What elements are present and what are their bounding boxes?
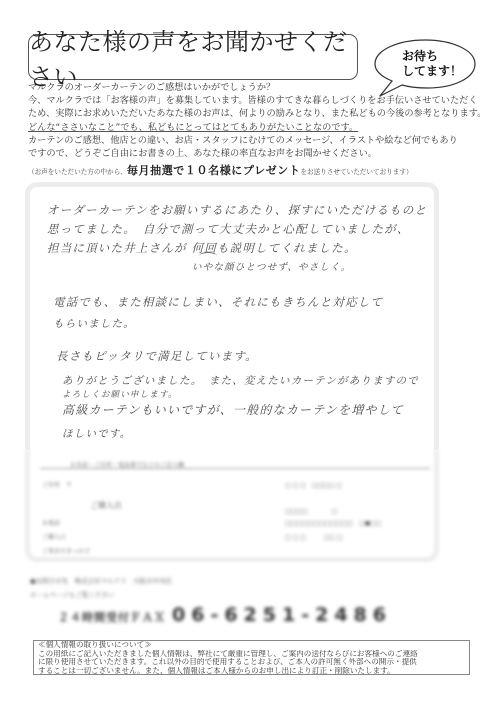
form-row: □□□□ □ — [285, 506, 337, 515]
fax-label: ２４時間受付ＦＡＸ — [58, 611, 166, 624]
fax-number-value: 06-6251-2486 — [172, 604, 392, 626]
form-row: ご購入日 — [42, 532, 66, 541]
form-row: ご住所 〒 — [42, 480, 72, 489]
privacy-line: することは一切ございません。また、個人情報はご本人様からのお申し出により訂正・削… — [38, 667, 465, 676]
footer-line: ホームページもご覧ください — [30, 590, 114, 599]
form-row: □□□□□□□□□□□□ □■□□ — [285, 518, 382, 527]
intro-line: マルクラのオーダーカーテンのご感想はいかがでしょうか？ — [28, 81, 468, 94]
intro-line: ですので、どうぞご自由にお書きの上、あなた様の率直なお声をお聞かせください。 — [28, 147, 468, 160]
customer-info-form-blurred: お名前・ご住所・電話番号などのご記入欄 ご住所 〒 ご購入店 お電話 ご購入日 … — [25, 450, 439, 562]
handwritten-line: いやな顔ひとつせず、やさしく。 — [192, 259, 351, 273]
handwritten-line: よろしくお願い申します。 — [62, 388, 178, 400]
prize-note: （お声をいただいた方の中から、毎月抽選で１０名様にプレゼントをお送りさせていただ… — [28, 162, 413, 178]
handwritten-line: ほしいです。 — [62, 426, 131, 441]
form-row: お名前・ご住所・電話番号などのご記入欄 — [70, 460, 184, 469]
handwritten-line: 長さもピッタリで満足しています。 — [56, 348, 258, 364]
handwritten-line: もらいました。 — [53, 316, 135, 331]
speech-bubble-text: お待ち してます！ — [402, 49, 462, 79]
privacy-line: に限り使用させていただきます。これ以外の目的で使用することおよび、ご本人の許可無… — [38, 658, 465, 667]
prize-note-emphasis: 毎月抽選で１０名様にプレゼント — [127, 164, 301, 177]
form-row: □ □ □ □□□□ □ — [285, 480, 342, 489]
form-row: ご来店のきっかけ — [42, 546, 90, 555]
privacy-notice: ≪個人情報の取り扱いについて≫ この用紙にご記入いただきました個人情報は、弊社に… — [33, 640, 470, 675]
form-row: □ □ □ □□ □ — [285, 532, 343, 541]
handwritten-line: 担当に頂いた井上さんが 何回も説明してくれました。 — [47, 240, 357, 256]
form-row: お電話 — [42, 518, 60, 527]
privacy-line: この用紙にご記入いただきました個人情報は、弊社にて厳重に管理し、ご案内の送付なら… — [38, 650, 465, 659]
handwritten-line: 高級カーテンもいいですが、一般的なカーテンを増やして — [62, 401, 404, 418]
form-row: ご購入店 — [90, 500, 122, 511]
footer-line: ●お問合せ先 株式会社マルクラ 大阪市中央区 — [30, 576, 172, 585]
handwritten-line: 電話でも、また相談にしまい、それにもきちんと対応して — [53, 294, 383, 310]
fax-number: ２４時間受付ＦＡＸ06-6251-2486 — [58, 604, 392, 626]
intro-line-underlined: どんな“ささいなこと”でも、私どもにとってはとてもありがたいことなのです。 — [28, 121, 468, 134]
handwritten-line: オーダーカーテンをお願いするにあたり、探すにいただけるものと — [47, 202, 427, 218]
prize-note-suffix: をお送りさせていただいております） — [300, 168, 412, 176]
intro-line: カーテンのご感想、他店との違い、お店・スタッフにむけてのメッセージ、イラストや絵… — [28, 134, 468, 147]
title-box: あなた様の声をお聞かせください — [28, 34, 358, 80]
contact-footer-blurred: ●お問合せ先 株式会社マルクラ 大阪市中央区 ホームページもご覧ください ２４時… — [30, 568, 470, 632]
privacy-heading: ≪個人情報の取り扱いについて≫ — [38, 641, 465, 650]
intro-line: ため、実際にお求めいただいたあなた様のお声は、何よりの励みとなり、また私どもの今… — [28, 107, 468, 120]
handwritten-line: ありがとうございました。 また、変えたいカーテンがありますので — [62, 373, 419, 388]
intro-text: マルクラのオーダーカーテンのご感想はいかがでしょうか？ 今、マルクラでは「お客様… — [28, 81, 468, 160]
prize-note-prefix: （お声をいただいた方の中から、 — [28, 168, 127, 176]
intro-line: 今、マルクラでは「お客様の声」を募集しています。皆様のすてきな暮らしづくりをお手… — [28, 94, 468, 107]
handwritten-line: 思ってました。 自分で測って大丈夫かと心配していましたが、 — [47, 221, 410, 237]
